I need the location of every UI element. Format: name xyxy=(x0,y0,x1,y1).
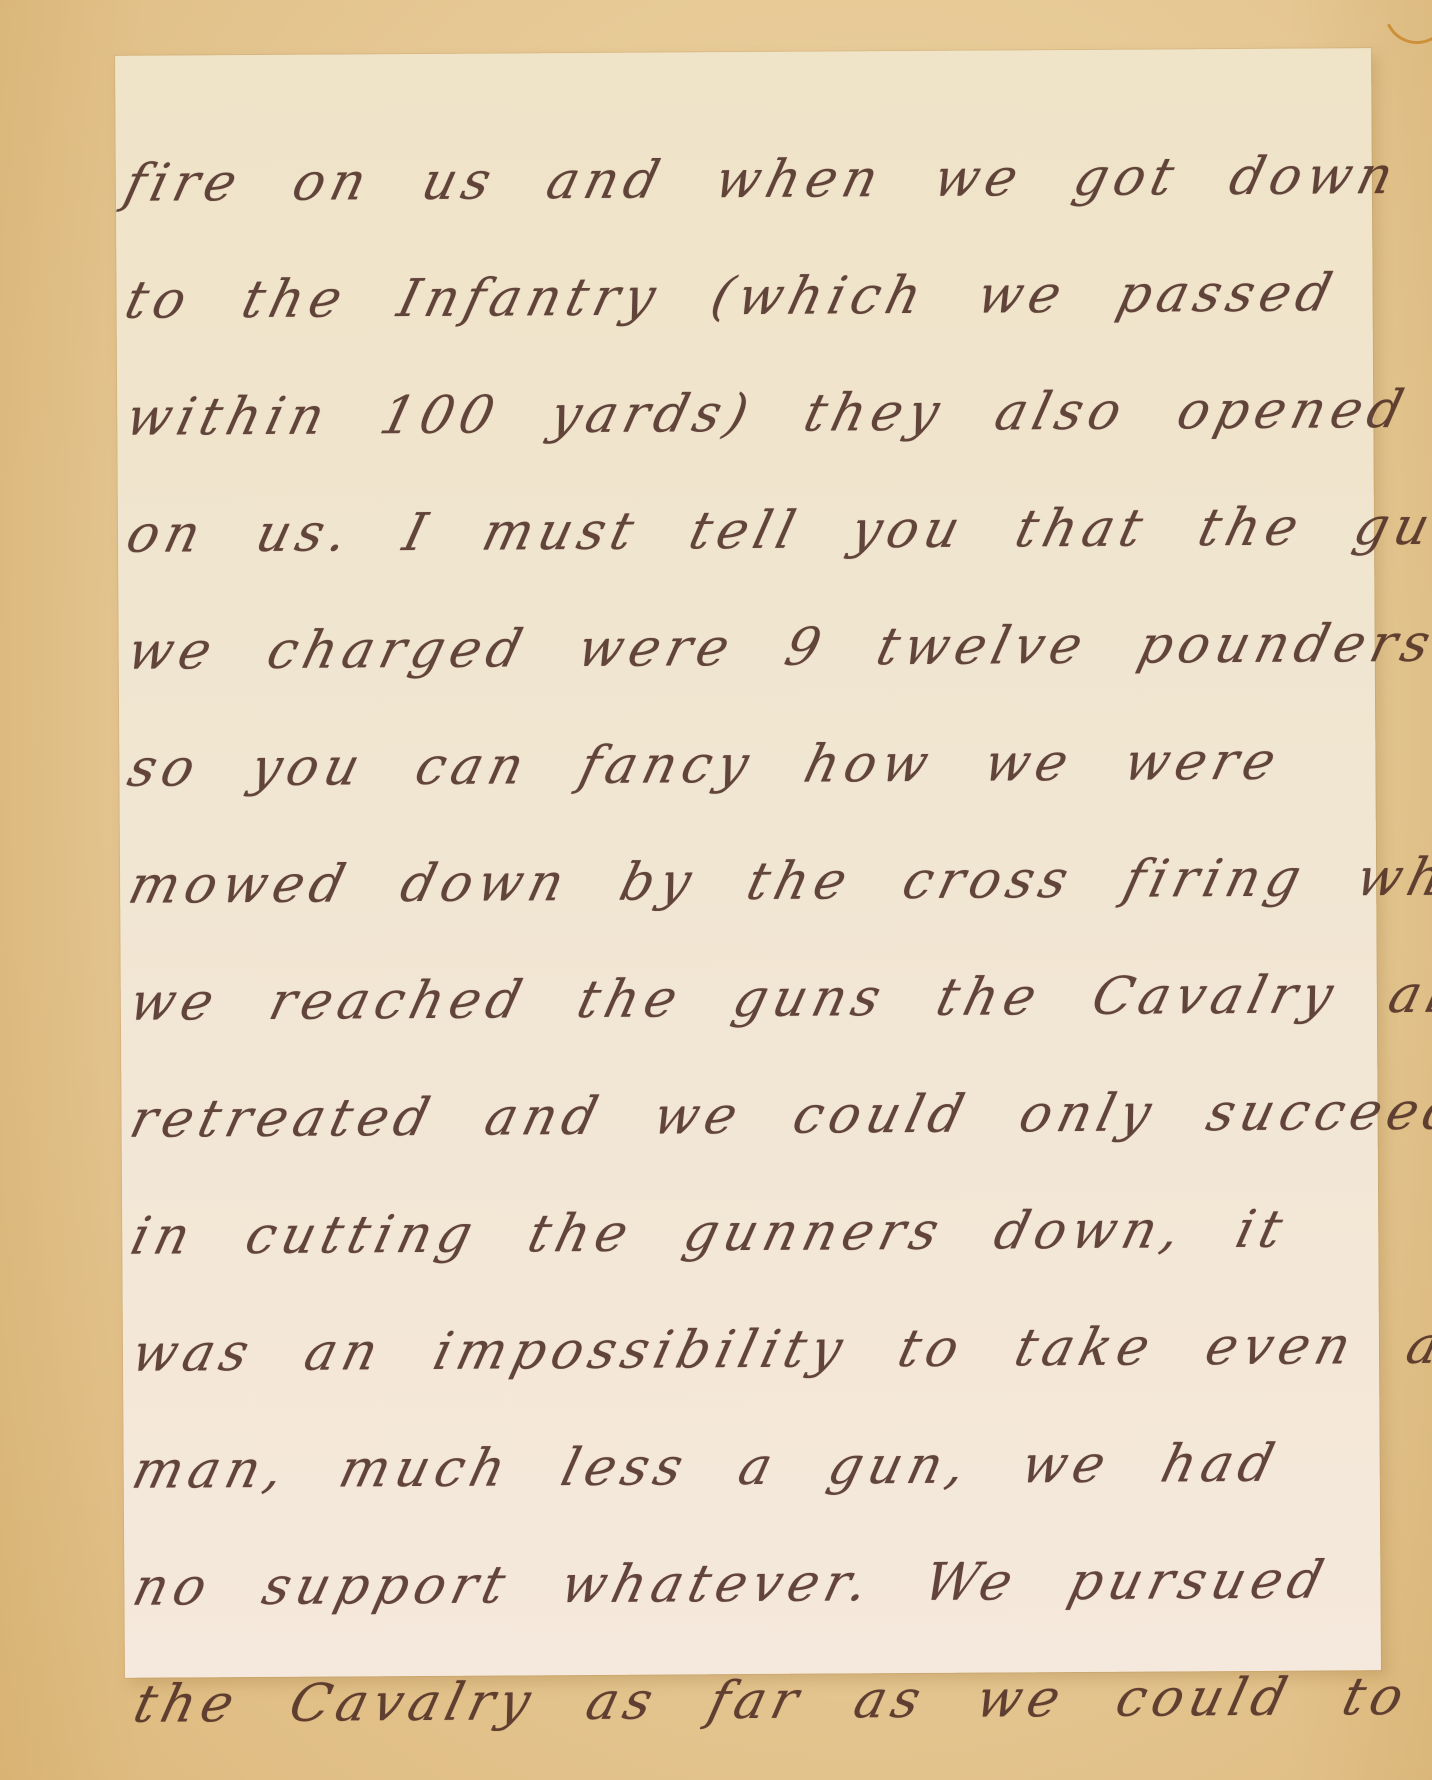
text-line-4: on us. I must tell you that the guns xyxy=(114,469,1368,594)
corner-ornament-icon xyxy=(1375,0,1432,53)
text-line-12: man, much less a gun, we had xyxy=(119,1405,1373,1530)
text-line-14: the Cavalry as far as we could to xyxy=(121,1639,1375,1764)
text-line-3: within 100 yards) they also opened fire xyxy=(113,352,1367,477)
text-line-8: we reached the guns the Cavalry all xyxy=(117,937,1371,1062)
text-line-1: fire on us and when we got down xyxy=(112,118,1366,243)
handwritten-text: fire on us and when we got down to the I… xyxy=(125,118,1361,1763)
text-line-6: so you can fancy how we were xyxy=(115,703,1369,828)
text-line-2: to the Infantry (which we passed xyxy=(112,235,1366,360)
letter-page: fire on us and when we got down to the I… xyxy=(115,48,1381,1678)
text-line-13: no support whatever. We pursued xyxy=(120,1522,1374,1647)
text-line-7: mowed down by the cross firing when xyxy=(116,820,1370,945)
text-line-5: we charged were 9 twelve pounders xyxy=(114,586,1368,711)
text-line-9: retreated and we could only succeed xyxy=(117,1054,1371,1179)
text-line-10: in cutting the gunners down, it xyxy=(118,1171,1372,1296)
text-line-11: was an impossibility to take even a xyxy=(119,1288,1373,1413)
